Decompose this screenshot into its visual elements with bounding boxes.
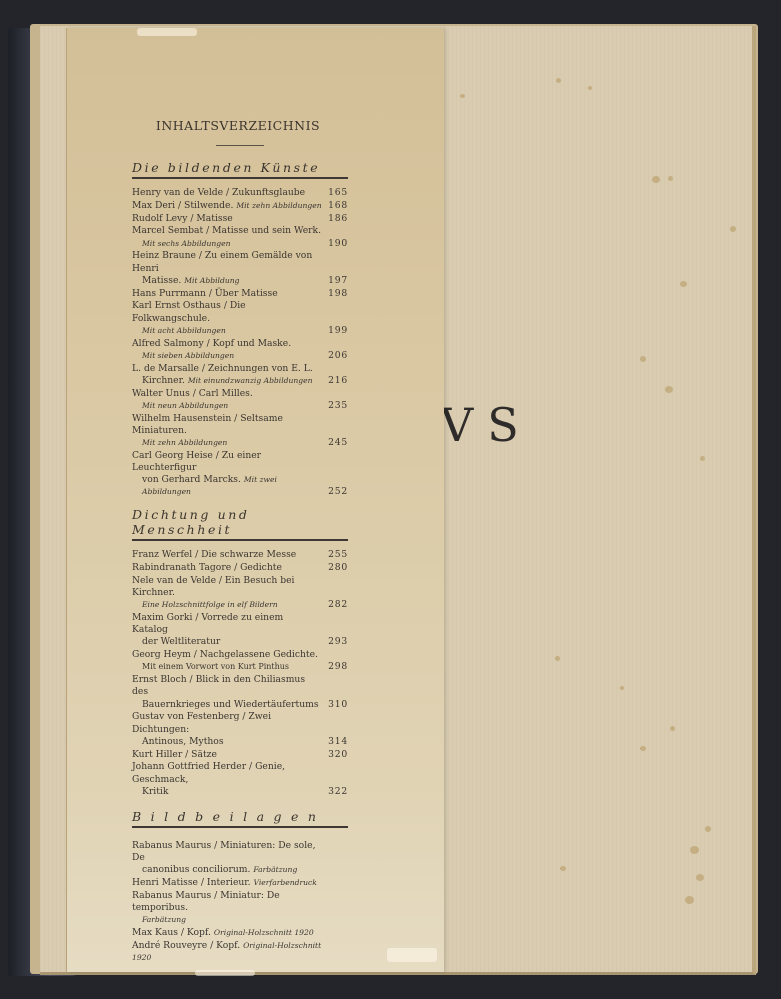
- entry-page: 282: [328, 599, 348, 611]
- entry-note: Mit sechs Abbildungen: [132, 238, 322, 250]
- entry-note: Mit Abbildung: [184, 276, 239, 285]
- entry-text: Rabanus Maurus / Miniaturen: De sole, De: [132, 840, 322, 864]
- section-heading: Die bildenden Künste: [132, 160, 348, 179]
- entry-page: 206: [328, 350, 348, 362]
- entry-note: Mit neun Abbildungen: [132, 400, 322, 412]
- toc-section-bildende-kuenste: Die bildenden Künste Henry van de Velde …: [132, 160, 348, 499]
- entry-note: Mit zehn Abbildungen: [132, 437, 322, 449]
- entry-subtext: Matisse.: [142, 275, 181, 286]
- entry-page: 322: [328, 786, 348, 798]
- toc-entry: Marcel Sembat / Matisse und sein Werk.Mi…: [132, 225, 348, 249]
- entry-note: Vierfarbendruck: [254, 878, 317, 887]
- entry-page: 168: [328, 200, 348, 212]
- entry-text: Wilhelm Hausenstein / Seltsame Miniature…: [132, 413, 322, 437]
- entry-text: Heinz Braune / Zu einem Gemälde von Henr…: [132, 250, 322, 274]
- entry-text: Max Kaus / Kopf.: [132, 927, 211, 938]
- entry-note: Mit zehn Abbildungen: [236, 201, 321, 210]
- toc-entry: Franz Werfel / Die schwarze Messe255: [132, 549, 348, 561]
- entry-subtext: Bauernkrieges und Wiedertäufertums: [132, 699, 322, 711]
- entry-text: Max Deri / Stilwende.: [132, 200, 233, 211]
- entry-note: Farbätzung: [253, 865, 297, 874]
- entry-text: Maxim Gorki / Vorrede zu einem Katalog: [132, 612, 322, 636]
- entry-text: Carl Georg Heise / Zu einer Leuchterfigu…: [132, 450, 322, 474]
- toc-entry: L. de Marsalle / Zeichnungen von E. L.Ki…: [132, 363, 348, 387]
- toc-entry: Carl Georg Heise / Zu einer Leuchterfigu…: [132, 450, 348, 499]
- entry-subtext: von Gerhard Marcks.: [142, 474, 241, 485]
- toc-entry: Kurt Hiller / Sätze320: [132, 749, 348, 761]
- entry-page: 314: [328, 736, 348, 748]
- toc-entry: André Rouveyre / Kopf. Original-Holzschn…: [132, 940, 348, 964]
- entry-text: Henri Matisse / Interieur.: [132, 877, 251, 888]
- entry-text: Johann Gottfried Herder / Genie, Geschma…: [132, 761, 322, 785]
- toc-entry: Karl Ernst Osthaus / Die Folkwangschule.…: [132, 300, 348, 337]
- toc-entry: Henry van de Velde / Zukunftsglaube165: [132, 187, 348, 199]
- entry-note: Original-Holzschnitt 1920: [214, 928, 314, 937]
- entry-subtext: Kirchner.: [142, 375, 185, 386]
- entry-text: Franz Werfel / Die schwarze Messe: [132, 549, 322, 561]
- entry-note: Mit einundzwanzig Abbildungen: [188, 376, 313, 385]
- toc-section-dichtung-und-menschheit: Dichtung und Menschheit Franz Werfel / D…: [132, 507, 348, 798]
- entry-text: Rabindranath Tagore / Gedichte: [132, 562, 322, 574]
- toc-section-bildbeilagen: Bildbeilagen Rabanus Maurus / Miniaturen…: [132, 809, 348, 964]
- entry-text: Karl Ernst Osthaus / Die Folkwangschule.: [132, 300, 322, 324]
- entry-page: 197: [328, 275, 348, 287]
- entry-text: Ernst Bloch / Blick in den Chiliasmus de…: [132, 674, 322, 698]
- toc-entry: Rabindranath Tagore / Gedichte280: [132, 562, 348, 574]
- entry-text: Hans Purrmann / Über Matisse: [132, 288, 322, 300]
- toc-entry: Max Kaus / Kopf. Original-Holzschnitt 19…: [132, 927, 348, 939]
- toc-entry: Rabanus Maurus / Miniatur: De temporibus…: [132, 890, 348, 927]
- toc-entry: Rudolf Levy / Matisse186: [132, 213, 348, 225]
- toc-entry: Max Deri / Stilwende. Mit zehn Abbildung…: [132, 200, 348, 212]
- entry-page: 186: [328, 213, 348, 225]
- entry-page: 252: [328, 486, 348, 498]
- toc-entry: Maxim Gorki / Vorrede zu einem Katalogde…: [132, 612, 348, 649]
- entry-text: Rabanus Maurus / Miniatur: De temporibus…: [132, 890, 322, 914]
- toc-entry: Rabanus Maurus / Miniaturen: De sole, De…: [132, 840, 348, 877]
- toc-entry: Walter Unus / Carl Milles.Mit neun Abbil…: [132, 388, 348, 412]
- entry-text: Walter Unus / Carl Milles.: [132, 388, 322, 400]
- entry-page: 216: [328, 375, 348, 387]
- entry-page: 320: [328, 749, 348, 761]
- entry-page: 293: [328, 636, 348, 648]
- entry-page: 198: [328, 288, 348, 300]
- toc-entry: Wilhelm Hausenstein / Seltsame Miniature…: [132, 413, 348, 450]
- entry-text: Kurt Hiller / Sätze: [132, 749, 322, 761]
- entry-subtext: Mit einem Vorwort von Kurt Pinthus: [132, 661, 322, 673]
- entry-text: Rudolf Levy / Matisse: [132, 213, 322, 225]
- entry-note: Eine Holzschnittfolge in elf Bildern: [132, 599, 322, 611]
- entry-page: 199: [328, 325, 348, 337]
- entry-page: 190: [328, 238, 348, 250]
- entry-subtext: Kritik: [132, 786, 322, 798]
- toc-entry: Ernst Bloch / Blick in den Chiliasmus de…: [132, 674, 348, 711]
- entry-text: André Rouveyre / Kopf.: [132, 940, 240, 951]
- entry-page: 298: [328, 661, 348, 673]
- toc-entry: Henri Matisse / Interieur. Vierfarbendru…: [132, 877, 348, 889]
- title-rule: [216, 145, 264, 146]
- entry-page: 235: [328, 400, 348, 412]
- entry-subtext: canonibus conciliorum.: [142, 864, 250, 875]
- entry-page: 280: [328, 562, 348, 574]
- cover-title-fragment: VS: [440, 398, 533, 452]
- section-heading: Dichtung und Menschheit: [132, 507, 348, 541]
- entry-subtext: der Weltliteratur: [132, 636, 322, 648]
- entry-text: Nele van de Velde / Ein Besuch bei Kirch…: [132, 575, 322, 599]
- section-heading: Bildbeilagen: [132, 809, 348, 828]
- toc-entry: Heinz Braune / Zu einem Gemälde von Henr…: [132, 250, 348, 287]
- toc-title: INHALTSVERZEICHNIS: [128, 118, 348, 133]
- entry-text: L. de Marsalle / Zeichnungen von E. L.: [132, 363, 322, 375]
- entry-text: Alfred Salmony / Kopf und Maske.: [132, 338, 322, 350]
- toc-entry: Gustav von Festenberg / Zwei Dichtungen:…: [132, 711, 348, 748]
- entry-note: Mit sieben Abbildungen: [132, 350, 322, 362]
- entry-text: Georg Heym / Nachgelassene Gedichte.: [132, 649, 322, 661]
- entry-text: Henry van de Velde / Zukunftsglaube: [132, 187, 322, 199]
- entry-subtext: Antinous, Mythos: [132, 736, 322, 748]
- toc-entry: Hans Purrmann / Über Matisse198: [132, 288, 348, 300]
- toc-entry: Nele van de Velde / Ein Besuch bei Kirch…: [132, 575, 348, 612]
- entry-note: Mit acht Abbildungen: [132, 325, 322, 337]
- toc-entry: Georg Heym / Nachgelassene Gedichte.Mit …: [132, 649, 348, 673]
- toc-entry: Alfred Salmony / Kopf und Maske.Mit sieb…: [132, 338, 348, 362]
- entry-text: Marcel Sembat / Matisse und sein Werk.: [132, 225, 322, 237]
- entry-text: Gustav von Festenberg / Zwei Dichtungen:: [132, 711, 322, 735]
- entry-page: 255: [328, 549, 348, 561]
- entry-page: 245: [328, 437, 348, 449]
- table-of-contents: INHALTSVERZEICHNIS Die bildenden Künste …: [132, 118, 348, 965]
- toc-entry: Johann Gottfried Herder / Genie, Geschma…: [132, 761, 348, 798]
- entry-page: 165: [328, 187, 348, 199]
- entry-note: Farbätzung: [132, 914, 322, 926]
- entry-page: 310: [328, 699, 348, 711]
